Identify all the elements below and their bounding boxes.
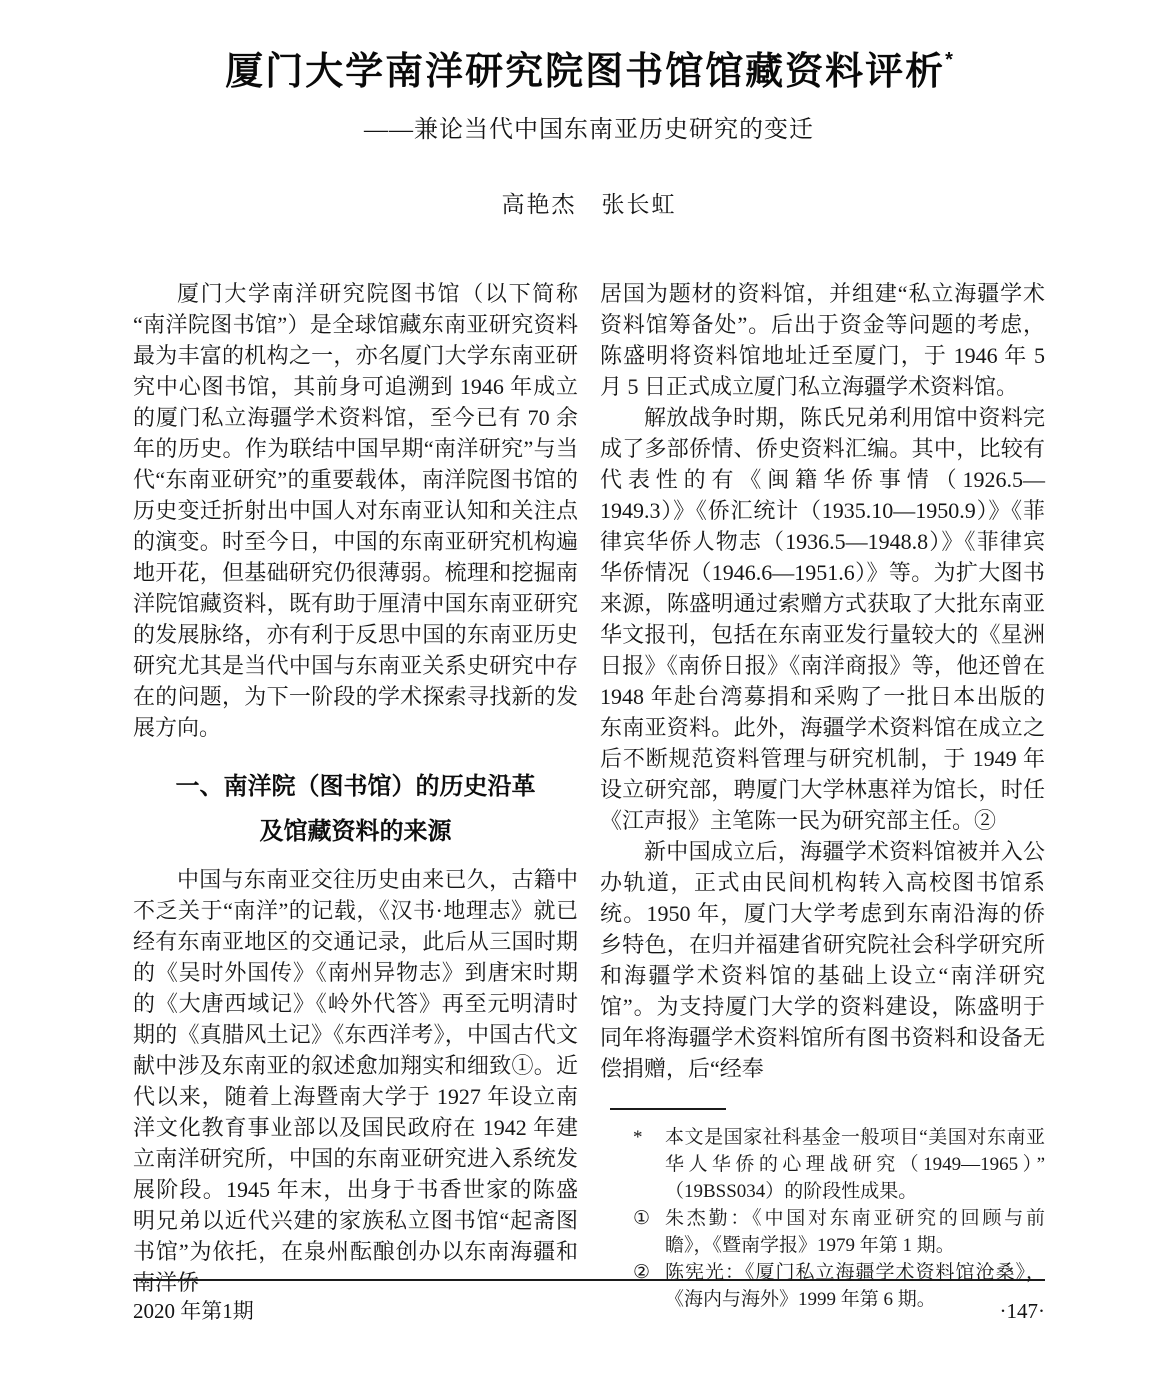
journal-issue: 2020 年第1期 — [133, 1295, 254, 1325]
article-subtitle: ——兼论当代中国东南亚历史研究的变迁 — [133, 115, 1045, 146]
article-authors: 高艳杰 张长虹 — [133, 190, 1045, 220]
footnote-text: 本文是国家社科基金一般项目“美国对东南亚华人华侨的心理战研究（1949—1965… — [665, 1124, 1045, 1205]
right-column: 居国为题材的资料馆，并组建“私立海疆学术资料馆筹备处”。后出于资金等问题的考虑，… — [600, 278, 1045, 1313]
footnote-marker: ① — [633, 1205, 665, 1259]
paragraph-history-continued: 居国为题材的资料馆，并组建“私立海疆学术资料馆筹备处”。后出于资金等问题的考虑，… — [600, 278, 1045, 402]
paragraph-civil-war-period: 解放战争时期，陈氏兄弟利用馆中资料完成了多部侨情、侨史资料汇编。其中，比较有代表… — [600, 402, 1045, 836]
paragraph-new-china: 新中国成立后，海疆学术资料馆被并入公办轨道，正式由民间机构转入高校图书馆系统。1… — [600, 836, 1045, 1084]
footnote-separator — [610, 1108, 726, 1110]
two-column-body: 厦门大学南洋研究院图书馆（以下简称“南洋院图书馆”）是全球馆藏东南亚研究资料最为… — [133, 278, 1045, 1313]
paper-page: 厦门大学南洋研究院图书馆馆藏资料评析* ——兼论当代中国东南亚历史研究的变迁 高… — [0, 0, 1172, 1384]
paragraph-history-start: 中国与东南亚交往历史由来已久，古籍中不乏关于“南洋”的记载，《汉书·地理志》就已… — [133, 864, 578, 1298]
section-heading-line2: 及馆藏资料的来源 — [260, 818, 452, 845]
footnote-item: ① 朱杰勤：《中国对东南亚研究的回顾与前瞻》，《暨南学报》1979 年第 1 期… — [633, 1205, 1045, 1259]
footnote-item: * 本文是国家社科基金一般项目“美国对东南亚华人华侨的心理战研究（1949—19… — [633, 1124, 1045, 1205]
paragraph-intro: 厦门大学南洋研究院图书馆（以下简称“南洋院图书馆”）是全球馆藏东南亚研究资料最为… — [133, 278, 578, 743]
page-footer: 2020 年第1期 ·147· — [133, 1279, 1045, 1325]
section-heading: 一、南洋院（图书馆）的历史沿革及馆藏资料的来源 — [133, 764, 578, 854]
footnote-text: 朱杰勤：《中国对东南亚研究的回顾与前瞻》，《暨南学报》1979 年第 1 期。 — [665, 1205, 1045, 1259]
page-number: ·147· — [1000, 1299, 1046, 1324]
left-column: 厦门大学南洋研究院图书馆（以下简称“南洋院图书馆”）是全球馆藏东南亚研究资料最为… — [133, 278, 578, 1313]
article-title-text: 厦门大学南洋研究院图书馆馆藏资料评析 — [225, 51, 945, 93]
section-heading-line1: 一、南洋院（图书馆）的历史沿革 — [176, 773, 536, 800]
title-footnote-marker: * — [945, 49, 953, 71]
article-title: 厦门大学南洋研究院图书馆馆藏资料评析* — [133, 36, 1045, 97]
footnote-marker: * — [633, 1124, 665, 1205]
